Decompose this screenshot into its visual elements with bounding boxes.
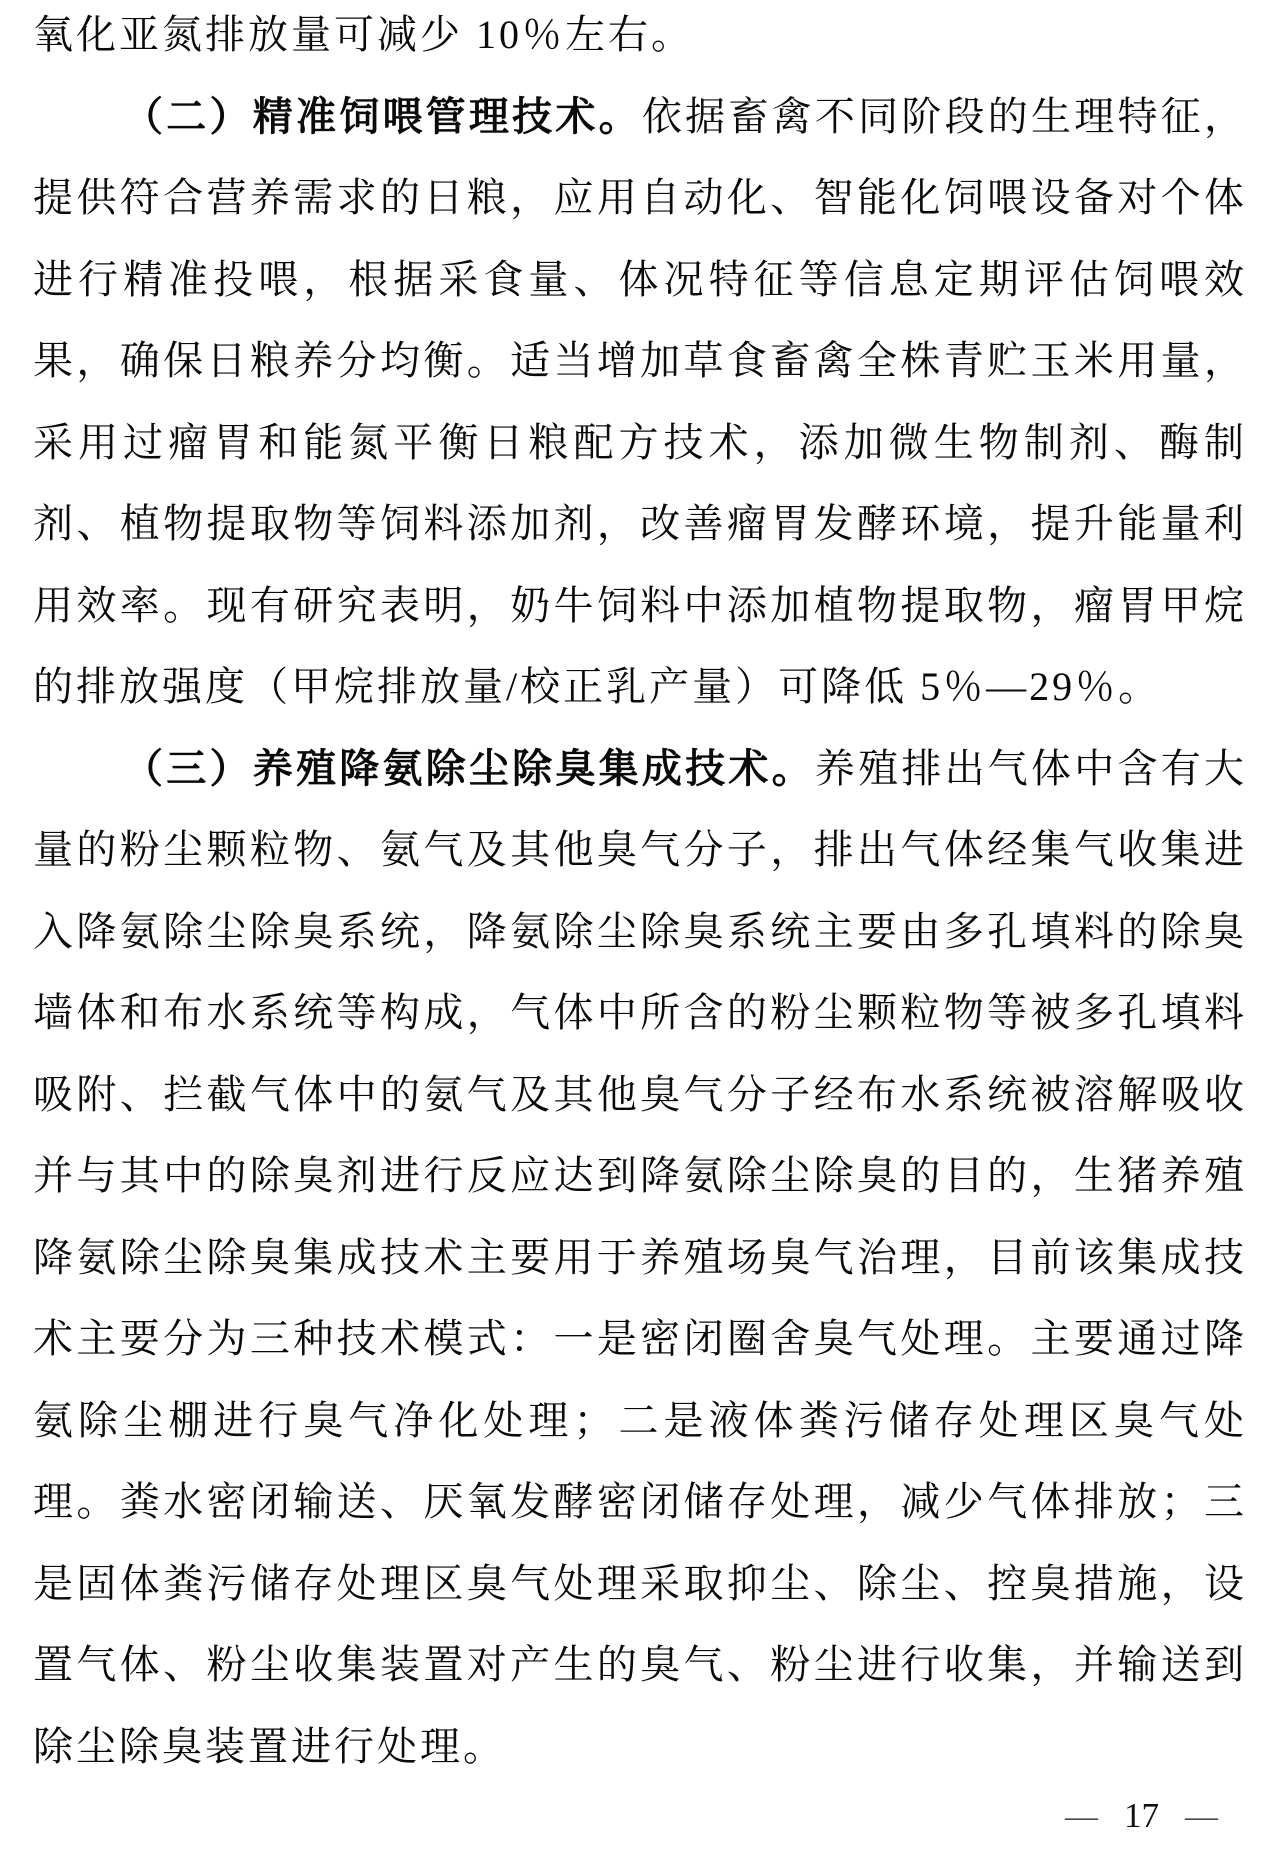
document-body: 氧化亚氮排放量可减少 10％左右。 （二）精准饲喂管理技术。依据畜禽不同阶段的生…: [33, 0, 1247, 1787]
body-line: 是固体粪污储存处理区臭气处理采取抑尘、除尘、控臭措施，设: [33, 1543, 1247, 1625]
section-3-heading-line: （三）养殖降氨除尘除臭集成技术。养殖排出气体中含有大: [33, 728, 1247, 810]
body-line: 氨除尘棚进行臭气净化处理；二是液体粪污储存处理区臭气处: [33, 1380, 1247, 1462]
body-line: 降氨除尘除臭集成技术主要用于养殖场臭气治理，目前该集成技: [33, 1217, 1247, 1299]
document-page: 氧化亚氮排放量可减少 10％左右。 （二）精准饲喂管理技术。依据畜禽不同阶段的生…: [0, 0, 1280, 1861]
body-line: 用效率。现有研究表明，奶牛饲料中添加植物提取物，瘤胃甲烷: [33, 565, 1247, 647]
footer-dash-left: —: [1065, 1799, 1098, 1835]
section-2-heading-line: （二）精准饲喂管理技术。依据畜禽不同阶段的生理特征，: [33, 76, 1247, 158]
body-line: 置气体、粉尘收集装置对产生的臭气、粉尘进行收集，并输送到: [33, 1624, 1247, 1706]
body-line: 并与其中的除臭剂进行反应达到降氨除尘除臭的目的，生猪养殖: [33, 1135, 1247, 1217]
body-line: 吸附、拦截气体中的氨气及其他臭气分子经布水系统被溶解吸收: [33, 1054, 1247, 1136]
footer-dash-right: —: [1185, 1799, 1218, 1835]
body-line: 理。粪水密闭输送、厌氧发酵密闭储存处理，减少气体排放；三: [33, 1461, 1247, 1543]
body-line: 入降氨除尘除臭系统，降氨除尘除臭系统主要由多孔填料的除臭: [33, 891, 1247, 973]
body-line: 进行精准投喂，根据采食量、体况特征等信息定期评估饲喂效: [33, 239, 1247, 321]
body-line: 墙体和布水系统等构成，气体中所含的粉尘颗粒物等被多孔填料: [33, 972, 1247, 1054]
page-footer: —17—: [1065, 1796, 1218, 1837]
body-text: 依据畜禽不同阶段的生理特征，: [642, 94, 1247, 139]
body-line: 的排放强度（甲烷排放量/校正乳产量）可降低 5％—29％。: [33, 646, 1247, 728]
body-line: 提供符合营养需求的日粮，应用自动化、智能化饲喂设备对个体: [33, 157, 1247, 239]
body-line: 术主要分为三种技术模式：一是密闭圈舍臭气处理。主要通过降: [33, 1298, 1247, 1380]
body-line: 果，确保日粮养分均衡。适当增加草食畜禽全株青贮玉米用量，: [33, 320, 1247, 402]
body-line: 剂、植物提取物等饲料添加剂，改善瘤胃发酵环境，提升能量利: [33, 483, 1247, 565]
body-line: 采用过瘤胃和能氮平衡日粮配方技术，添加微生物制剂、酶制: [33, 402, 1247, 484]
section-3-heading: （三）养殖降氨除尘除臭集成技术。: [123, 746, 815, 791]
page-number: 17: [1124, 1796, 1159, 1836]
body-line: 氧化亚氮排放量可减少 10％左右。: [33, 0, 1247, 76]
body-text: 养殖排出气体中含有大: [815, 746, 1247, 791]
section-2-heading: （二）精准饲喂管理技术。: [123, 94, 642, 139]
body-line: 除尘除臭装置进行处理。: [33, 1706, 1247, 1788]
body-line: 量的粉尘颗粒物、氨气及其他臭气分子，排出气体经集气收集进: [33, 809, 1247, 891]
